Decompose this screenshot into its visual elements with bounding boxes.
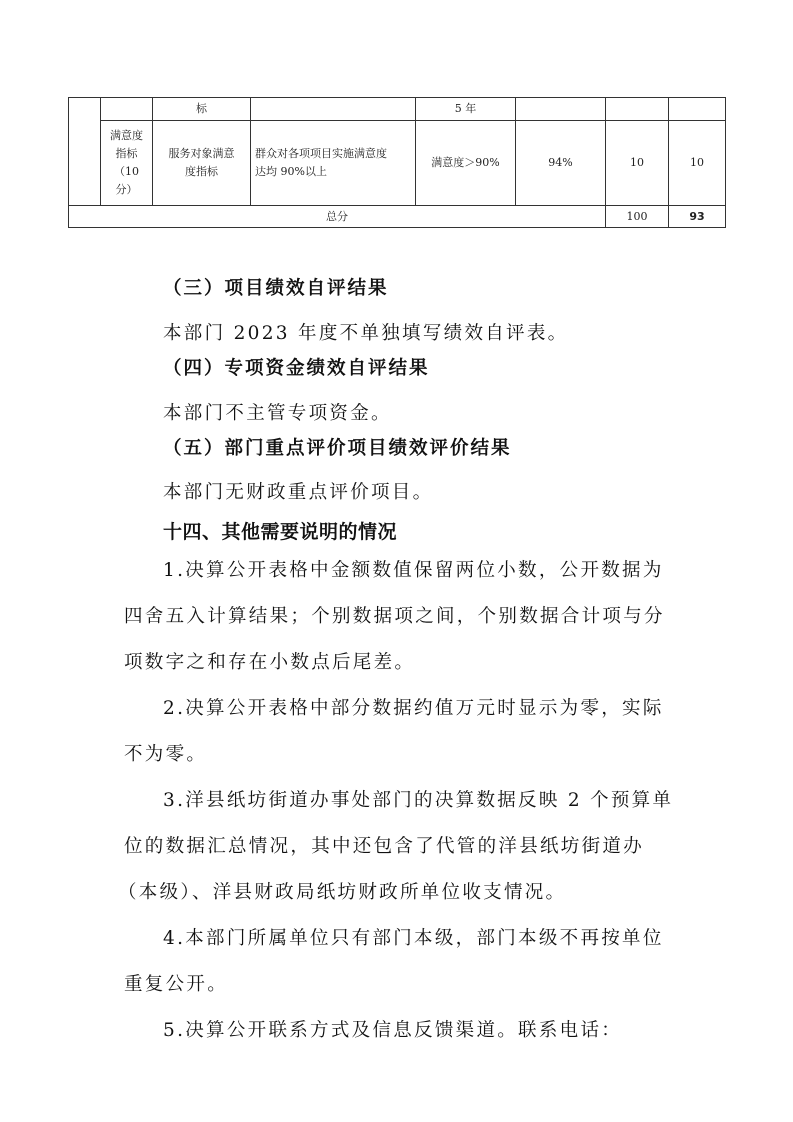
cell-sub-indicator: 服务对象满意 度指标 bbox=[153, 121, 251, 206]
cell bbox=[606, 98, 669, 121]
section-heading-project-self-eval: （三）项目绩效自评结果 bbox=[163, 274, 389, 300]
cell-level1-category bbox=[69, 98, 101, 206]
section-body-special-funds: 本部门不主管专项资金。 bbox=[163, 399, 392, 425]
cell-target: 满意度＞90% bbox=[416, 121, 516, 206]
paragraph-line: 5.决算公开联系方式及信息反馈渠道。联系电话： bbox=[163, 1016, 622, 1042]
section-body-project-self-eval: 本部门 2023 年度不单独填写绩效自评表。 bbox=[163, 319, 568, 345]
cell-weight: 10 bbox=[606, 121, 669, 206]
paragraph-line: 1.决算公开表格中金额数值保留两位小数，公开数据为 bbox=[163, 556, 664, 582]
paragraph-line: 位的数据汇总情况，其中还包含了代管的洋县纸坊街道办 bbox=[124, 832, 644, 858]
cell bbox=[516, 98, 606, 121]
paragraph-line: 项数字之和存在小数点后尾差。 bbox=[124, 648, 415, 674]
paragraph-line: 重复公开。 bbox=[124, 970, 228, 996]
paragraph-line: 四舍五入计算结果；个别数据项之间，个别数据合计项与分 bbox=[124, 602, 665, 628]
cell: 5 年 bbox=[416, 98, 516, 121]
paragraph-line: 2.决算公开表格中部分数据约值万元时显示为零，实际 bbox=[163, 694, 664, 720]
cell-category: 满意度 指标 （10 分） bbox=[101, 121, 153, 206]
cell bbox=[669, 98, 726, 121]
cell-total-score: 93 bbox=[669, 206, 726, 228]
cell-actual: 94% bbox=[516, 121, 606, 206]
chapter-title: 十四、其他需要说明的情况 bbox=[163, 517, 397, 544]
paragraph-line: 4.本部门所属单位只有部门本级，部门本级不再按单位 bbox=[163, 924, 664, 950]
table-row-partial: 标 5 年 bbox=[69, 98, 726, 121]
table-row-total: 总分 100 93 bbox=[69, 206, 726, 228]
table-row-satisfaction: 满意度 指标 （10 分） 服务对象满意 度指标 群众对各项项目实施满意度 达均… bbox=[69, 121, 726, 206]
cell-total-label: 总分 bbox=[69, 206, 606, 228]
section-body-key-evaluation: 本部门无财政重点评价项目。 bbox=[163, 478, 433, 504]
cell-description: 群众对各项项目实施满意度 达均 90%以上 bbox=[251, 121, 416, 206]
section-heading-special-funds: （四）专项资金绩效自评结果 bbox=[163, 354, 430, 380]
paragraph-line: （本级）、洋县财政局纸坊财政所单位收支情况。 bbox=[118, 878, 566, 904]
performance-score-table: 标 5 年 满意度 指标 （10 分） 服务对象满意 度指标 群众对各项项目实施… bbox=[68, 97, 726, 228]
section-heading-key-evaluation: （五）部门重点评价项目绩效评价结果 bbox=[163, 434, 512, 460]
cell bbox=[251, 98, 416, 121]
paragraph-line: 不为零。 bbox=[124, 740, 207, 766]
cell-total-weight: 100 bbox=[606, 206, 669, 228]
cell-score: 10 bbox=[669, 121, 726, 206]
cell: 标 bbox=[153, 98, 251, 121]
cell bbox=[101, 98, 153, 121]
paragraph-line: 3.洋县纸坊街道办事处部门的决算数据反映 2 个预算单 bbox=[163, 786, 673, 812]
